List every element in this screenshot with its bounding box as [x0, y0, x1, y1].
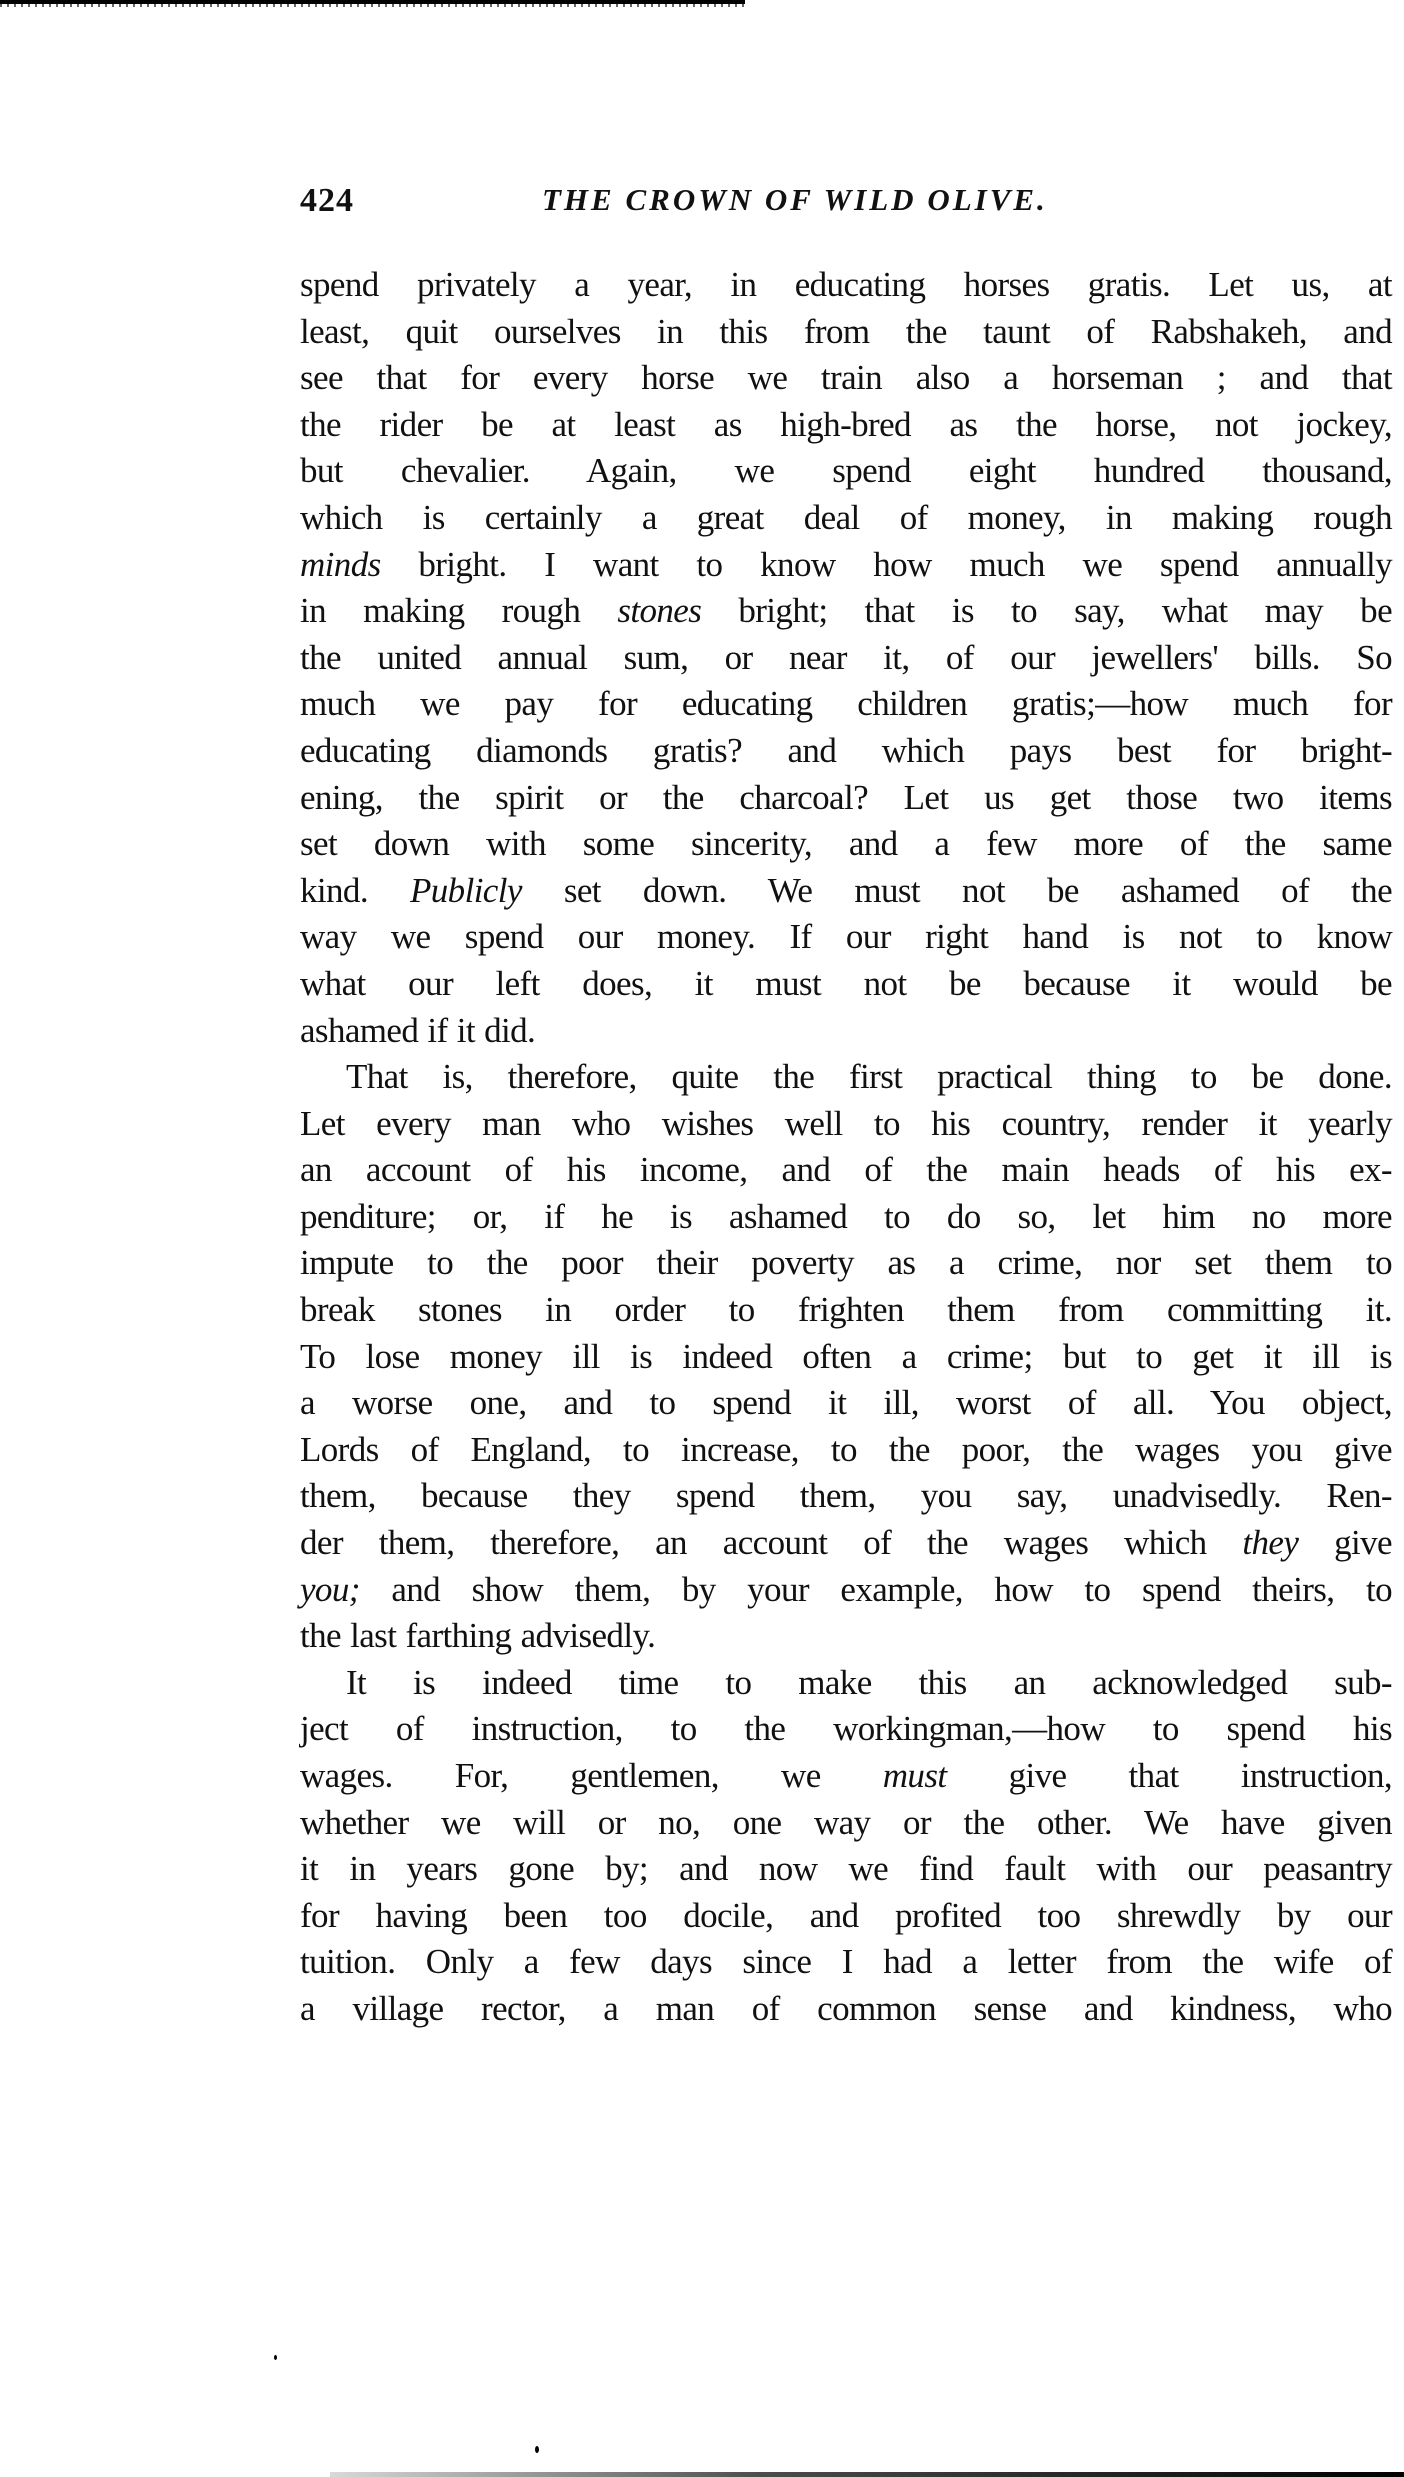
- scan-speck: [535, 2446, 539, 2453]
- text-line: in making rough stones bright; that is t…: [300, 588, 1392, 635]
- page-number: 424: [300, 182, 354, 220]
- text-line: educating diamonds gratis? and which pay…: [300, 728, 1392, 775]
- text-line: To lose money ill is indeed often a crim…: [300, 1334, 1392, 1381]
- text-line: impute to the poor their poverty as a cr…: [300, 1240, 1392, 1287]
- text-line: whether we will or no, one way or the ot…: [300, 1800, 1392, 1847]
- text-line: penditure; or, if he is ashamed to do so…: [300, 1194, 1392, 1241]
- text-line: kind. Publicly set down. We must not be …: [300, 868, 1392, 915]
- italic-emphasis: minds: [300, 545, 381, 584]
- text-line: That is, therefore, quite the first prac…: [300, 1054, 1392, 1101]
- text-line: you; and show them, by your example, how…: [300, 1567, 1392, 1614]
- italic-emphasis: must: [883, 1756, 947, 1795]
- text-line: what our left does, it must not be becau…: [300, 961, 1392, 1008]
- text-line: set down with some sincerity, and a few …: [300, 821, 1392, 868]
- running-head: 424 THE CROWN OF WILD OLIVE.: [300, 182, 1392, 222]
- text-line: a worse one, and to spend it ill, worst …: [300, 1380, 1392, 1427]
- text-line: them, because they spend them, you say, …: [300, 1473, 1392, 1520]
- text-line: Let every man who wishes well to his cou…: [300, 1101, 1392, 1148]
- paragraph-1: spend privately a year, in educating hor…: [300, 262, 1392, 1054]
- body-text: spend privately a year, in educating hor…: [300, 262, 1392, 2033]
- text-line: spend privately a year, in educating hor…: [300, 262, 1392, 309]
- text-line: which is certainly a great deal of money…: [300, 495, 1392, 542]
- text-line: ject of instruction, to the workingman,—…: [300, 1706, 1392, 1753]
- text-line: the last farthing advisedly.: [300, 1613, 1392, 1660]
- text-line: the united annual sum, or near it, of ou…: [300, 635, 1392, 682]
- text-line: ening, the spirit or the charcoal? Let u…: [300, 775, 1392, 822]
- text-line: least, quit ourselves in this from the t…: [300, 309, 1392, 356]
- text-line: break stones in order to frighten them f…: [300, 1287, 1392, 1334]
- text-line: wages. For, gentlemen, we must give that…: [300, 1753, 1392, 1800]
- text-line: It is indeed time to make this an acknow…: [300, 1660, 1392, 1707]
- italic-emphasis: stones: [617, 591, 701, 630]
- text-line: minds bright. I want to know how much we…: [300, 542, 1392, 589]
- text-line: way we spend our money. If our right han…: [300, 914, 1392, 961]
- text-line: Lords of England, to increase, to the po…: [300, 1427, 1392, 1474]
- text-line: much we pay for educating children grati…: [300, 681, 1392, 728]
- text-line: a village rector, a man of common sense …: [300, 1986, 1392, 2033]
- text-line: an account of his income, and of the mai…: [300, 1147, 1392, 1194]
- paragraph-3: It is indeed time to make this an acknow…: [300, 1660, 1392, 2033]
- italic-emphasis: Publicly: [410, 871, 522, 910]
- italic-emphasis: they: [1242, 1523, 1298, 1562]
- italic-emphasis: you;: [300, 1570, 360, 1609]
- running-title: THE CROWN OF WILD OLIVE.: [542, 182, 1048, 218]
- scan-border-bottom: [330, 2472, 1404, 2477]
- text-line: but chevalier. Again, we spend eight hun…: [300, 448, 1392, 495]
- text-line: for having been too docile, and profited…: [300, 1893, 1392, 1940]
- text-line: the rider be at least as high-bred as th…: [300, 402, 1392, 449]
- scan-speck: [274, 2355, 277, 2360]
- text-line: see that for every horse we train also a…: [300, 355, 1392, 402]
- paragraph-2: That is, therefore, quite the first prac…: [300, 1054, 1392, 1660]
- text-line: it in years gone by; and now we find fau…: [300, 1846, 1392, 1893]
- text-line: der them, therefore, an account of the w…: [300, 1520, 1392, 1567]
- scan-border-top: [0, 0, 745, 4]
- text-line: ashamed if it did.: [300, 1008, 1392, 1055]
- text-line: tuition. Only a few days since I had a l…: [300, 1939, 1392, 1986]
